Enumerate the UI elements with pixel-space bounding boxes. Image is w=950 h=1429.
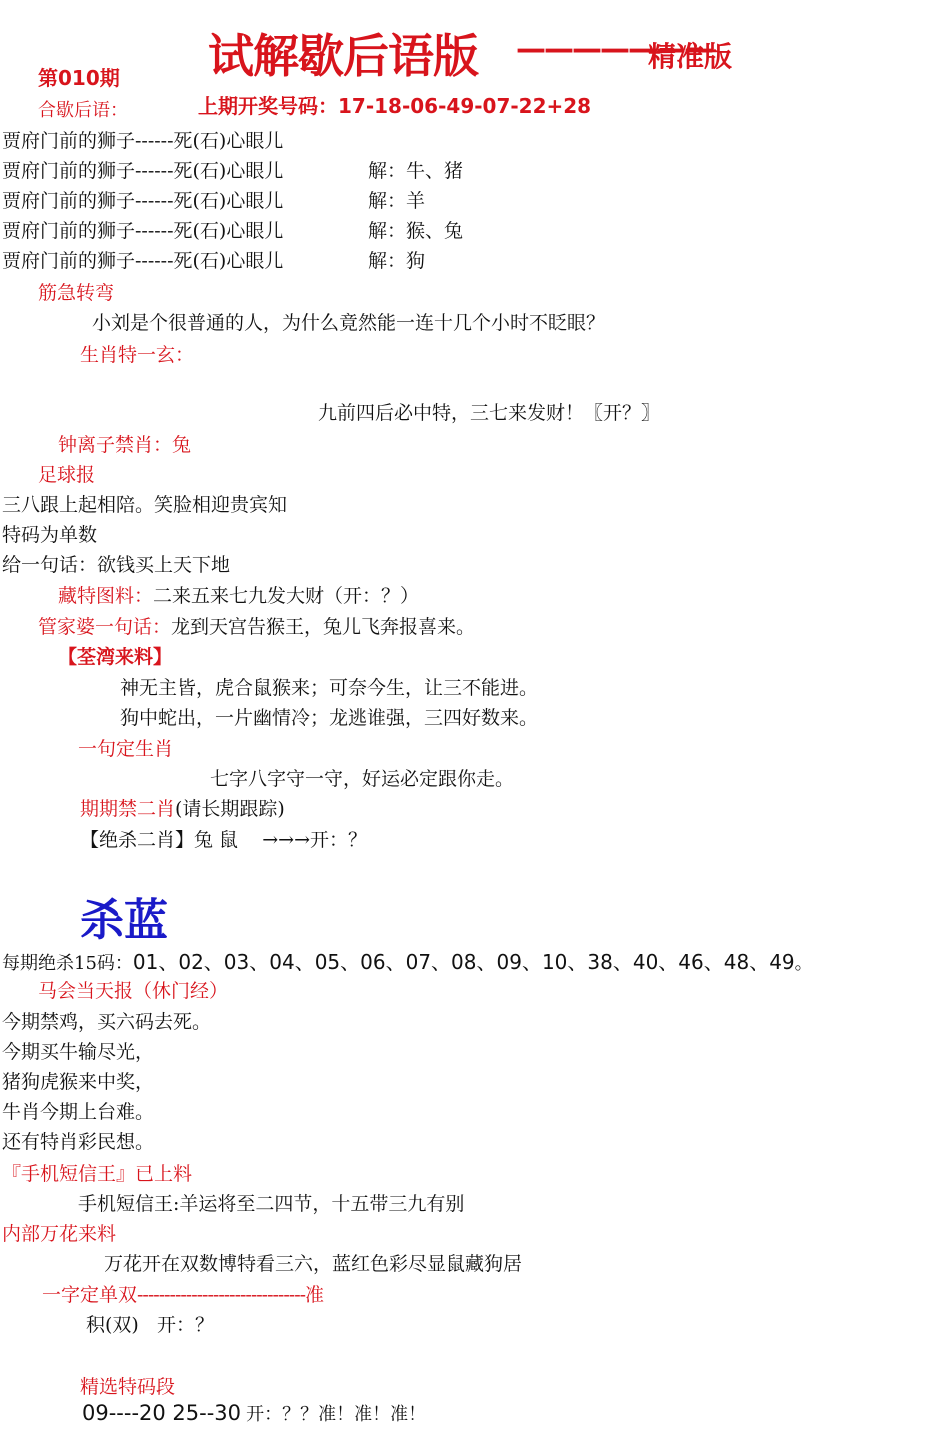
kill-blue-numbers: 01、02、03、04、05、06、07、08、09、10、38、40、46、4… — [133, 950, 795, 974]
riddle-text: 贾府门前的狮子------死(石)心眼儿 — [2, 130, 283, 152]
riddle-row: 贾府门前的狮子------死(石)心眼儿 — [2, 246, 283, 273]
segments-numbers: 09----20 25--30 — [82, 1401, 241, 1425]
odd-even-text: 积(双) — [86, 1314, 139, 1336]
odd-even-dashes: ------------------------------- — [137, 1284, 305, 1306]
hidden-pic: 藏特图料：二来五来七九发大财（开：？） — [58, 581, 419, 608]
macau-line: 今期买牛输尽光， — [2, 1037, 154, 1064]
macau-label: 马会当天报（休门经） — [38, 976, 228, 1003]
page-title: 试解歇后语版 — [208, 20, 478, 86]
sms-king-text: 手机短信王:羊运将至二四节，十五带三九有别 — [78, 1189, 464, 1216]
arrow-icon: →→→ — [262, 829, 310, 851]
riddle-answer: 解：羊 — [368, 186, 425, 213]
riddle-row: 贾府门前的狮子------死(石)心眼儿 — [2, 126, 283, 153]
riddle-answer: 解：牛、猪 — [368, 156, 463, 183]
ban-two-line: 【绝杀二肖】兔 鼠 →→→开：？ — [80, 825, 367, 852]
ban-two-result: 开：？ — [310, 829, 367, 851]
brain-teaser-question: 小刘是个很普通的人，为什么竟然能一连十几个小时不眨眼？ — [92, 308, 605, 335]
odd-even-line: 积(双) 开：？ — [86, 1310, 214, 1337]
last-draw-label: 上期开奖号码： — [198, 94, 338, 118]
housekeeper: 管家婆一句话：龙到天宫告猴王，兔儿飞奔报喜来。 — [38, 612, 475, 639]
brain-teaser-label: 筋急转弯 — [38, 278, 114, 305]
macau-line: 今期禁鸡，买六码去死。 — [2, 1007, 211, 1034]
issue-number: 第010期 — [38, 62, 120, 91]
riddle-row: 贾府门前的狮子------死(石)心眼儿 — [2, 156, 283, 183]
segments-line: 09----20 25--30 开：？？准！准！准！ — [82, 1400, 426, 1426]
one-sentence-text: 七字八字守一守，好运必定跟你走。 — [210, 764, 514, 791]
wanhua-label: 内部万花来料 — [2, 1219, 116, 1246]
riddle-answer: 解：狗 — [368, 246, 425, 273]
quanwan-line: 狗中蛇出，一片幽情冷；龙逃谁强，三四好数来。 — [120, 703, 538, 730]
combined-label: 合歇后语： — [38, 96, 128, 122]
macau-line: 猪狗虎猴来中奖， — [2, 1067, 154, 1094]
segments-result: 开：？？准！准！准！ — [246, 1404, 426, 1425]
housekeeper-label: 管家婆一句话： — [38, 616, 171, 638]
riddle-row: 贾府门前的狮子------死(石)心眼儿 — [2, 216, 283, 243]
ban-two-zodiacs: 兔 鼠 — [194, 829, 238, 851]
riddle-text: 贾府门前的狮子------死(石)心眼儿 — [2, 160, 283, 182]
football-label: 足球报 — [38, 460, 95, 487]
riddle-text: 贾府门前的狮子------死(石)心眼儿 — [2, 190, 283, 212]
one-sentence-label: 一句定生肖 — [78, 734, 173, 761]
riddle-answer: 解：猴、兔 — [368, 216, 463, 243]
football-line: 给一句话：欲钱买上天下地 — [2, 550, 230, 577]
last-draw-numbers: 17-18-06-49-07-22+28 — [338, 94, 591, 118]
kill-blue-title: 杀蓝 — [80, 884, 168, 948]
odd-even-label: 一字定单双 — [42, 1284, 137, 1306]
macau-line: 还有特肖彩民想。 — [2, 1127, 154, 1154]
ban-two-line-label: 【绝杀二肖】 — [80, 829, 194, 851]
riddle-text: 贾府门前的狮子------死(石)心眼儿 — [2, 250, 283, 272]
riddle-text: 贾府门前的狮子------死(石)心眼儿 — [2, 220, 283, 242]
kill-blue-end: 。 — [795, 953, 813, 974]
wanhua-text: 万花开在双数博特看三六，蓝红色彩尽显鼠藏狗居 — [104, 1249, 522, 1276]
football-line: 三八跟上起相陪。笑脸相迎贵宾知 — [2, 490, 287, 517]
zhongli-ban: 钟离子禁肖：兔 — [58, 430, 191, 457]
kill-blue-row: 每期绝杀15码：01、02、03、04、05、06、07、08、09、10、38… — [2, 946, 813, 975]
hidden-pic-label: 藏特图料： — [58, 585, 153, 607]
kill-blue-label: 每期绝杀15码： — [2, 953, 133, 974]
housekeeper-text: 龙到天宫告猴王，兔儿飞奔报喜来。 — [171, 616, 475, 638]
quanwan-line: 神无主皆，虎合鼠猴来；可奈今生，让三不能进。 — [120, 673, 538, 700]
last-draw: 上期开奖号码：17-18-06-49-07-22+28 — [198, 90, 591, 119]
sms-king-label: 『手机短信王』已上料 — [2, 1159, 192, 1186]
macau-line: 牛肖今期上台难。 — [2, 1097, 154, 1124]
page-subtitle: 精准版 — [648, 35, 732, 75]
odd-even-header: 一字定单双-------------------------------准 — [42, 1280, 324, 1307]
hidden-pic-text: 二来五来七九发大财（开：？） — [153, 585, 419, 607]
ban-two-note: (请长期跟踪) — [175, 798, 285, 820]
odd-even-result: 开：？ — [157, 1314, 214, 1336]
segments-label: 精选特码段 — [80, 1372, 175, 1399]
ban-two-label: 期期禁二肖 — [80, 798, 175, 820]
football-line: 特码为单数 — [2, 520, 97, 547]
zodiac-one-label: 生肖特一玄： — [80, 340, 194, 367]
odd-even-accurate: 准 — [305, 1284, 324, 1306]
quanwan-label: 【荃湾来料】 — [58, 642, 172, 669]
zodiac-one-text: 九前四后必中特，三七来发财！〖开？〗 — [318, 398, 660, 425]
riddle-row: 贾府门前的狮子------死(石)心眼儿 — [2, 186, 283, 213]
ban-two: 期期禁二肖(请长期跟踪) — [80, 794, 285, 821]
